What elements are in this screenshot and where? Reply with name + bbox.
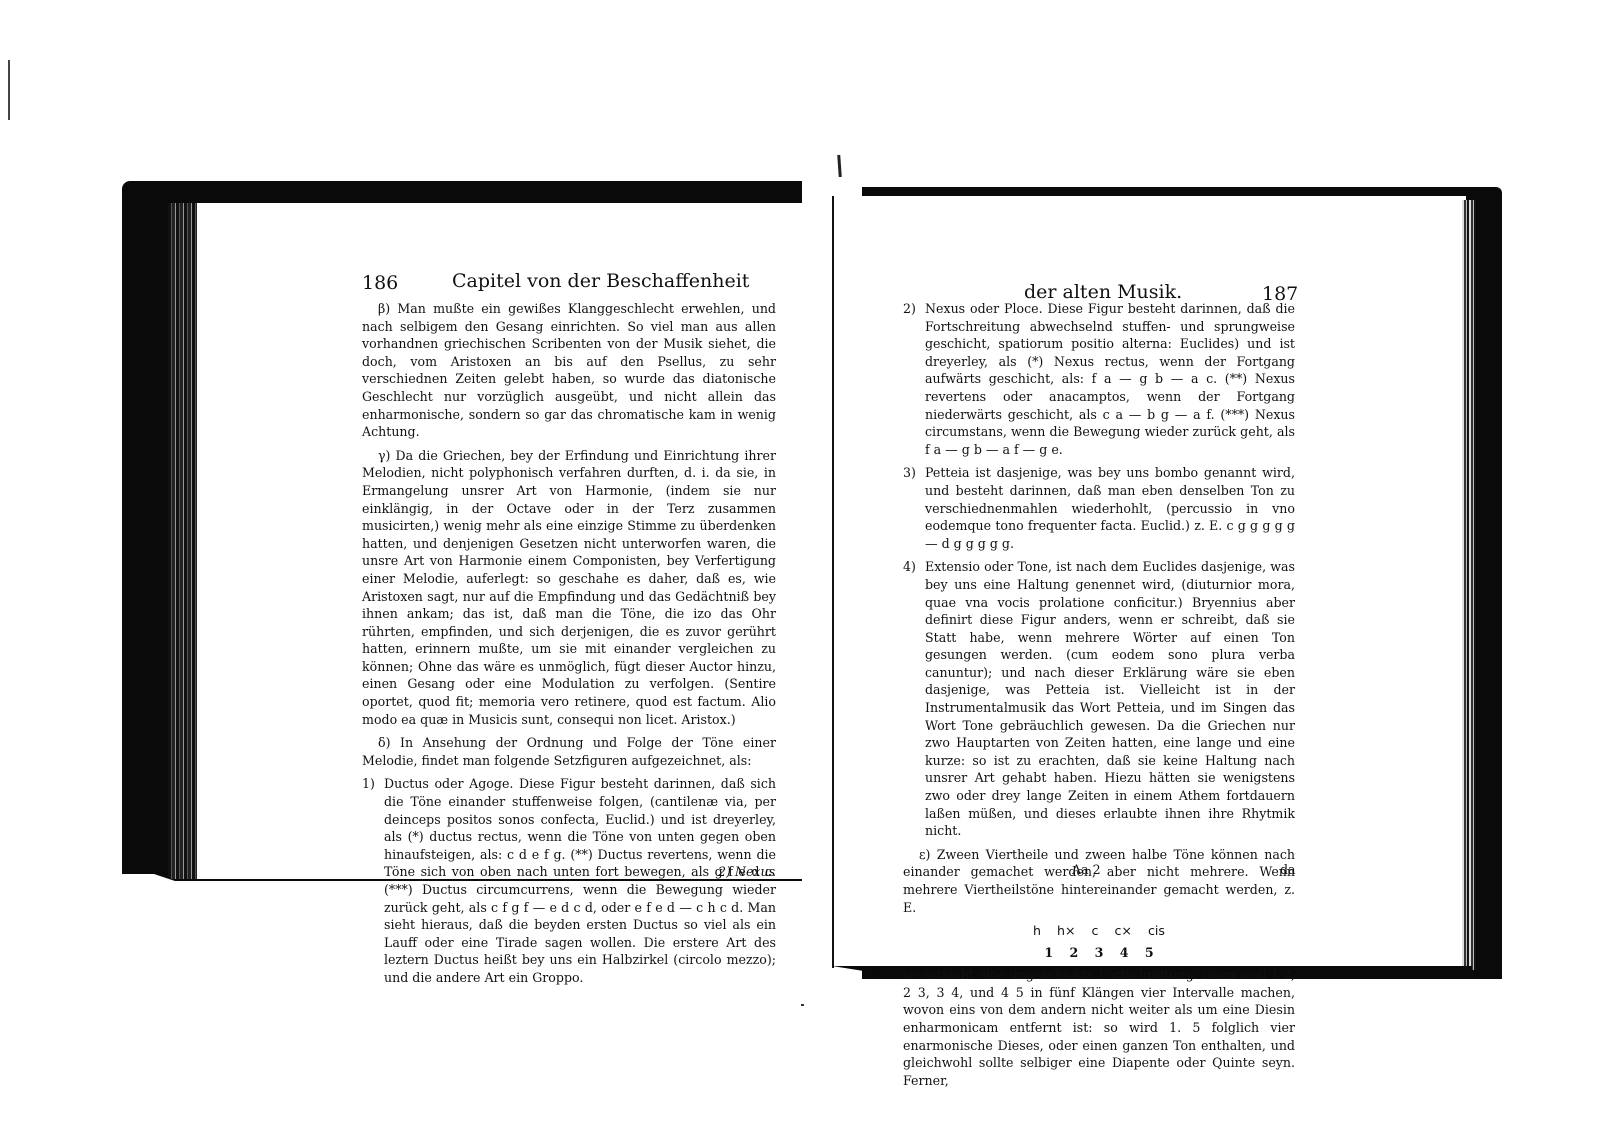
- gutter-mark: [837, 155, 842, 177]
- right-page-body: 2) Nexus oder Ploce. Diese Figur besteht…: [903, 300, 1295, 1095]
- right-catchword: da: [1280, 862, 1296, 877]
- list-item-text: Petteia ist dasjenige, was bey uns bombo…: [925, 465, 1295, 550]
- scan-speck: [801, 1004, 804, 1006]
- paragraph-gamma: γ) Da die Griechen, bey der Erfindung un…: [362, 447, 776, 729]
- example-numbers: 1 2 3 4 5: [903, 944, 1295, 962]
- list-item-number: 3): [903, 464, 916, 482]
- list-item-text: Extensio oder Tone, ist nach dem Euclide…: [925, 559, 1295, 838]
- right-signature-mark: Aa 2: [1072, 862, 1101, 877]
- list-item-number: 4): [903, 558, 916, 576]
- left-catchword: 2) Nexus: [718, 864, 775, 879]
- left-page-number: 186: [362, 272, 398, 294]
- list-item-number: 1): [362, 775, 375, 793]
- list-item-text: Nexus oder Ploce. Diese Figur besteht da…: [925, 301, 1295, 457]
- paragraph-conclusion: so entsteht eine ungeschickte Fortschrei…: [903, 966, 1295, 1089]
- list-item-number: 2): [903, 300, 916, 318]
- left-running-head: Capitel von der Beschaffenheit: [452, 270, 749, 292]
- paragraph-delta: δ) In Ansehung der Ordnung und Folge der…: [362, 734, 776, 769]
- paragraph-beta: β) Man mußte ein gewißes Klanggeschlecht…: [362, 300, 776, 441]
- list-item-text: Ductus oder Agoge. Diese Figur besteht d…: [384, 776, 776, 985]
- example-notes: h h× c c× cis: [903, 922, 1295, 940]
- left-fore-edge: [168, 203, 198, 879]
- list-item-extensio: 4) Extensio oder Tone, ist nach dem Eucl…: [903, 558, 1295, 840]
- left-page-body: β) Man mußte ein gewißes Klanggeschlecht…: [362, 300, 776, 993]
- scan-edge-mark: [8, 60, 10, 120]
- list-item-petteia: 3) Petteia ist dasjenige, was bey uns bo…: [903, 464, 1295, 552]
- paragraph-epsilon: ε) Zween Viertheile und zween halbe Töne…: [903, 846, 1295, 916]
- right-fore-edge: [1462, 200, 1476, 970]
- list-item-ductus: 1) Ductus oder Agoge. Diese Figur besteh…: [362, 775, 776, 986]
- list-item-nexus: 2) Nexus oder Ploce. Diese Figur besteht…: [903, 300, 1295, 458]
